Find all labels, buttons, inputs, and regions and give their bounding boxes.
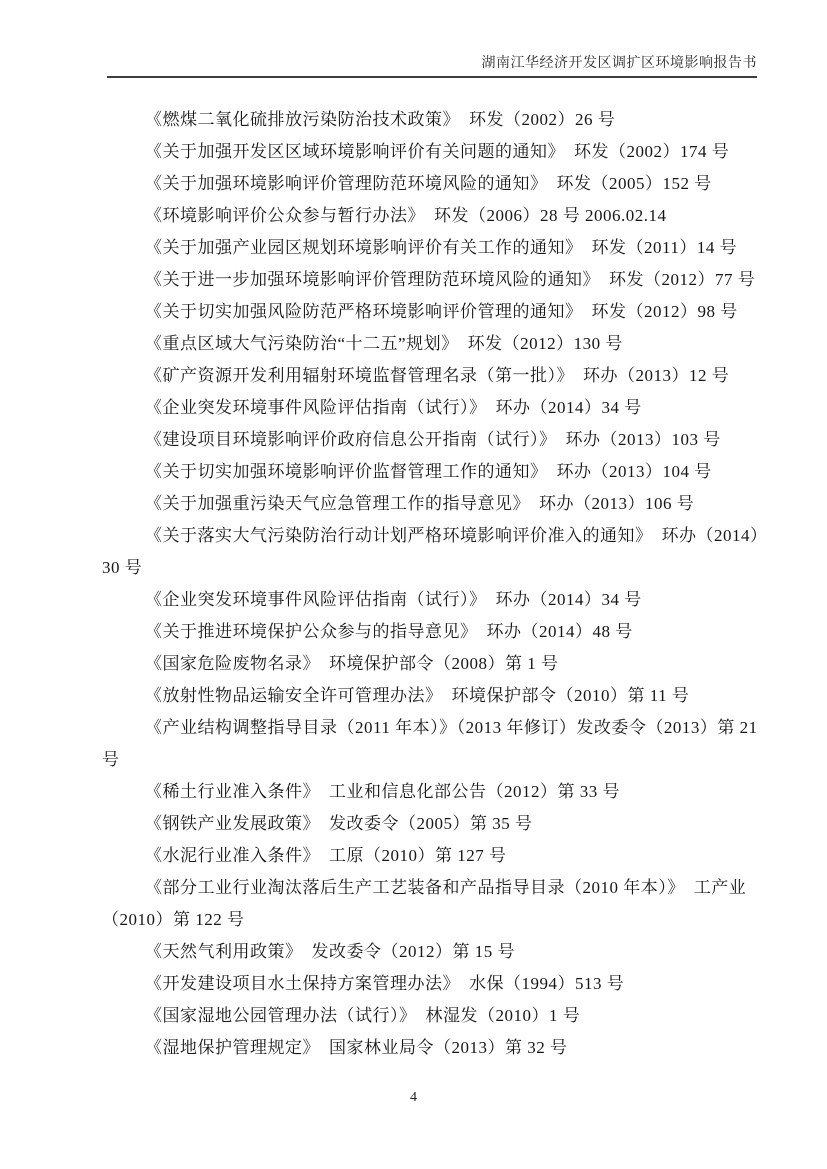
- regulation-line: 《湿地保护管理规定》 国家林业局令（2013）第 32 号: [102, 1032, 792, 1064]
- regulation-entry: 《关于切实加强环境影响评价监督管理工作的通知》 环办（2013）104 号: [102, 456, 792, 488]
- regulation-line: 《建设项目环境影响评价政府信息公开指南（试行）》 环办（2013）103 号: [102, 424, 792, 456]
- page-header: 湖南江华经济开发区调扩区环境影响报告书: [107, 54, 757, 73]
- regulation-line: 《关于切实加强风险防范严格环境影响评价管理的通知》 环发（2012）98 号: [102, 296, 792, 328]
- regulation-entry: 《关于进一步加强环境影响评价管理防范环境风险的通知》 环发（2012）77 号: [102, 264, 792, 296]
- regulation-line: 《关于加强重污染天气应急管理工作的指导意见》 环办（2013）106 号: [102, 488, 792, 520]
- regulation-line: 《关于推进环境保护公众参与的指导意见》 环办（2014）48 号: [102, 616, 792, 648]
- regulation-entry: 《环境影响评价公众参与暂行办法》 环发（2006）28 号 2006.02.14: [102, 200, 792, 232]
- regulation-line-continuation: 30 号: [102, 552, 792, 584]
- regulation-line: 《天然气利用政策》 发改委令（2012）第 15 号: [102, 936, 792, 968]
- regulation-entry: 《开发建设项目水土保持方案管理办法》 水保（1994）513 号: [102, 968, 792, 1000]
- regulation-line-continuation: （2010）第 122 号: [102, 904, 792, 936]
- regulation-line: 《国家湿地公园管理办法（试行）》 林湿发（2010）1 号: [102, 1000, 792, 1032]
- regulation-line: 《关于进一步加强环境影响评价管理防范环境风险的通知》 环发（2012）77 号: [102, 264, 792, 296]
- regulation-entry: 《产业结构调整指导目录（2011 年本）》（2013 年修订）发改委令（2013…: [102, 712, 792, 776]
- regulation-line: 《钢铁产业发展政策》 发改委令（2005）第 35 号: [102, 808, 792, 840]
- regulation-entry: 《关于切实加强风险防范严格环境影响评价管理的通知》 环发（2012）98 号: [102, 296, 792, 328]
- document-page: 湖南江华经济开发区调扩区环境影响报告书 《燃煤二氧化硫排放污染防治技术政策》 环…: [0, 0, 827, 1169]
- regulation-line: 《环境影响评价公众参与暂行办法》 环发（2006）28 号 2006.02.14: [102, 200, 792, 232]
- header-rule: [107, 76, 757, 78]
- regulation-entry: 《关于加强产业园区规划环境影响评价有关工作的通知》 环发（2011）14 号: [102, 232, 792, 264]
- regulation-line: 《关于落实大气污染防治行动计划严格环境影响评价准入的通知》 环办（2014）: [102, 520, 792, 552]
- regulation-list: 《燃煤二氧化硫排放污染防治技术政策》 环发（2002）26 号《关于加强开发区区…: [102, 104, 792, 1064]
- regulation-entry: 《部分工业行业淘汰落后生产工艺装备和产品指导目录（2010 年本）》 工产业（2…: [102, 872, 792, 936]
- regulation-entry: 《建设项目环境影响评价政府信息公开指南（试行）》 环办（2013）103 号: [102, 424, 792, 456]
- regulation-line-continuation: 号: [102, 744, 792, 776]
- regulation-line: 《企业突发环境事件风险评估指南（试行）》 环办（2014）34 号: [102, 584, 792, 616]
- regulation-line: 《关于加强环境影响评价管理防范环境风险的通知》 环发（2005）152 号: [102, 168, 792, 200]
- page-number: 4: [410, 1090, 417, 1105]
- regulation-line: 《水泥行业准入条件》 工原（2010）第 127 号: [102, 840, 792, 872]
- regulation-line: 《关于加强开发区区域环境影响评价有关问题的通知》 环发（2002）174 号: [102, 136, 792, 168]
- regulation-entry: 《国家危险废物名录》 环境保护部令（2008）第 1 号: [102, 648, 792, 680]
- regulation-entry: 《放射性物品运输安全许可管理办法》 环境保护部令（2010）第 11 号: [102, 680, 792, 712]
- regulation-entry: 《国家湿地公园管理办法（试行）》 林湿发（2010）1 号: [102, 1000, 792, 1032]
- regulation-line: 《矿产资源开发利用辐射环境监督管理名录（第一批）》 环办（2013）12 号: [102, 360, 792, 392]
- regulation-entry: 《矿产资源开发利用辐射环境监督管理名录（第一批）》 环办（2013）12 号: [102, 360, 792, 392]
- regulation-line: 《稀土行业准入条件》 工业和信息化部公告（2012）第 33 号: [102, 776, 792, 808]
- regulation-line: 《重点区域大气污染防治“十二五”规划》 环发（2012）130 号: [102, 328, 792, 360]
- regulation-line: 《产业结构调整指导目录（2011 年本）》（2013 年修订）发改委令（2013…: [102, 712, 792, 744]
- regulation-line: 《放射性物品运输安全许可管理办法》 环境保护部令（2010）第 11 号: [102, 680, 792, 712]
- regulation-line: 《开发建设项目水土保持方案管理办法》 水保（1994）513 号: [102, 968, 792, 1000]
- regulation-entry: 《燃煤二氧化硫排放污染防治技术政策》 环发（2002）26 号: [102, 104, 792, 136]
- regulation-line: 《关于加强产业园区规划环境影响评价有关工作的通知》 环发（2011）14 号: [102, 232, 792, 264]
- regulation-entry: 《关于加强环境影响评价管理防范环境风险的通知》 环发（2005）152 号: [102, 168, 792, 200]
- regulation-entry: 《关于推进环境保护公众参与的指导意见》 环办（2014）48 号: [102, 616, 792, 648]
- regulation-entry: 《企业突发环境事件风险评估指南（试行）》 环办（2014）34 号: [102, 392, 792, 424]
- regulation-line: 《部分工业行业淘汰落后生产工艺装备和产品指导目录（2010 年本）》 工产业: [102, 872, 792, 904]
- regulation-entry: 《关于落实大气污染防治行动计划严格环境影响评价准入的通知》 环办（2014）30…: [102, 520, 792, 584]
- regulation-entry: 《企业突发环境事件风险评估指南（试行）》 环办（2014）34 号: [102, 584, 792, 616]
- regulation-entry: 《关于加强开发区区域环境影响评价有关问题的通知》 环发（2002）174 号: [102, 136, 792, 168]
- regulation-entry: 《水泥行业准入条件》 工原（2010）第 127 号: [102, 840, 792, 872]
- report-title: 湖南江华经济开发区调扩区环境影响报告书: [482, 56, 758, 71]
- regulation-entry: 《关于加强重污染天气应急管理工作的指导意见》 环办（2013）106 号: [102, 488, 792, 520]
- regulation-line: 《关于切实加强环境影响评价监督管理工作的通知》 环办（2013）104 号: [102, 456, 792, 488]
- regulation-entry: 《天然气利用政策》 发改委令（2012）第 15 号: [102, 936, 792, 968]
- regulation-entry: 《湿地保护管理规定》 国家林业局令（2013）第 32 号: [102, 1032, 792, 1064]
- regulation-entry: 《稀土行业准入条件》 工业和信息化部公告（2012）第 33 号: [102, 776, 792, 808]
- regulation-line: 《燃煤二氧化硫排放污染防治技术政策》 环发（2002）26 号: [102, 104, 792, 136]
- regulation-entry: 《钢铁产业发展政策》 发改委令（2005）第 35 号: [102, 808, 792, 840]
- regulation-entry: 《重点区域大气污染防治“十二五”规划》 环发（2012）130 号: [102, 328, 792, 360]
- regulation-line: 《国家危险废物名录》 环境保护部令（2008）第 1 号: [102, 648, 792, 680]
- page-footer: 4: [0, 1088, 827, 1108]
- regulation-line: 《企业突发环境事件风险评估指南（试行）》 环办（2014）34 号: [102, 392, 792, 424]
